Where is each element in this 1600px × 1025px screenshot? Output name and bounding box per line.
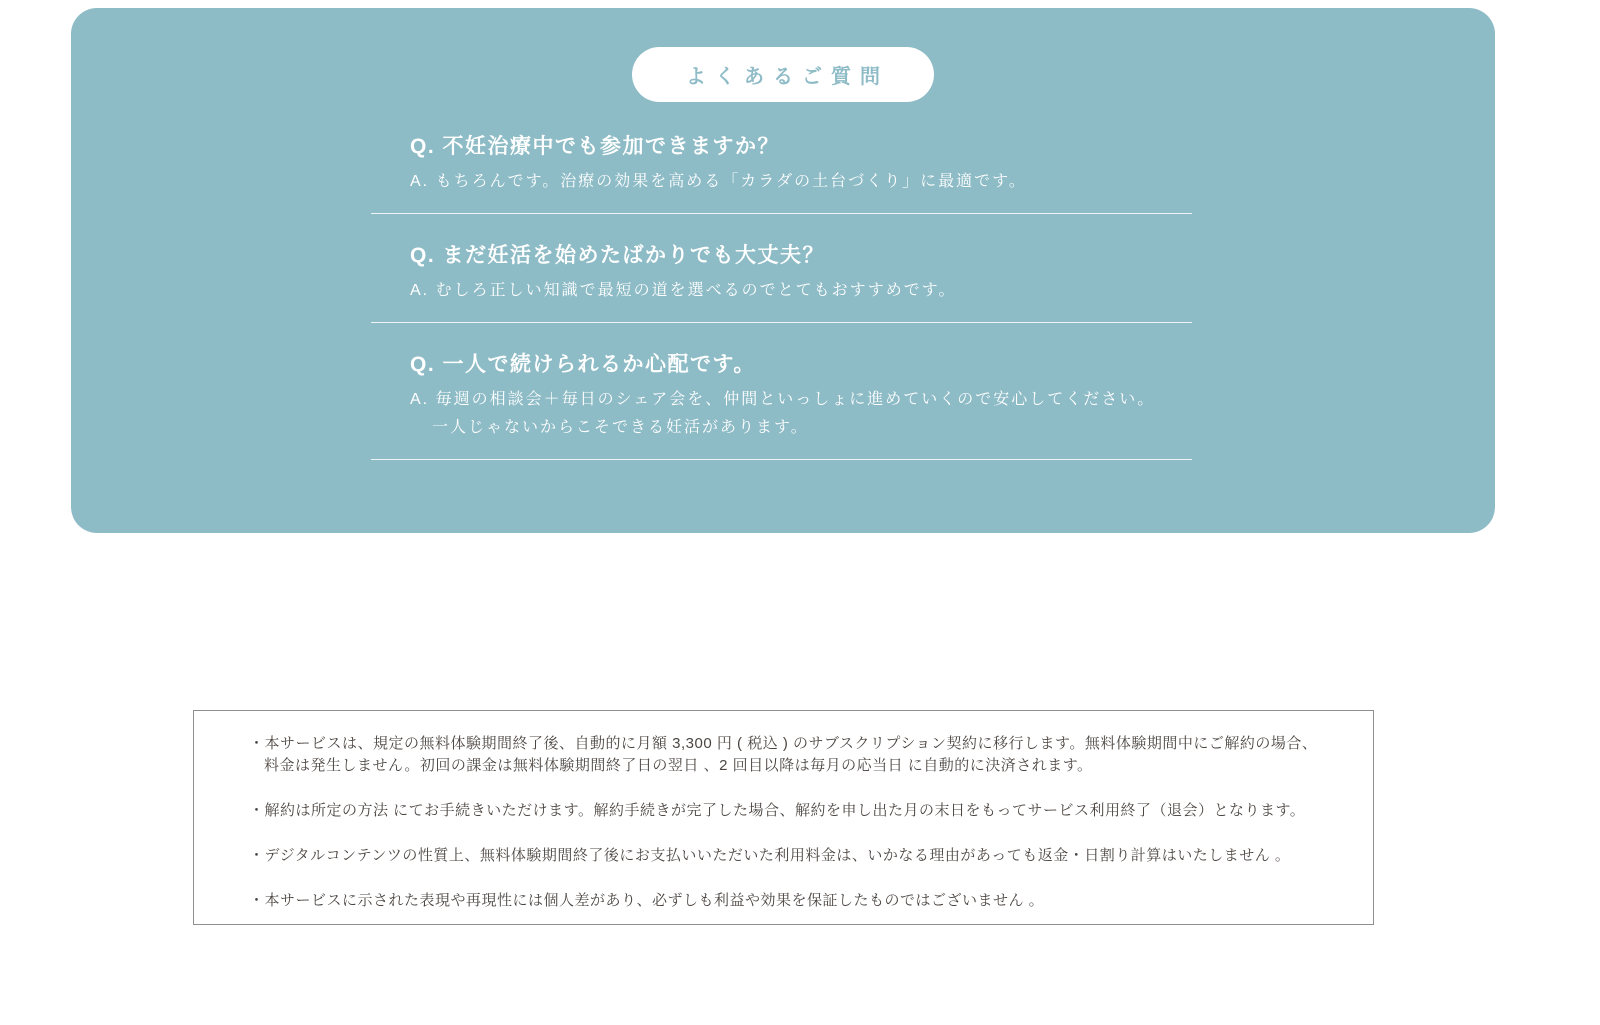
faq-answer-1: A. もちろんです。治療の効果を高める「カラダの土台づくり」に最適です。 <box>410 168 1192 196</box>
terms-item-cancellation: ・解約は所定の方法 にてお手続きいただけます。解約手続きが完了した場合、解約を申… <box>249 800 1318 822</box>
terms-item-no-guarantee: ・本サービスに示された表現や再現性には個人差があり、必ずしも利益や効果を保証した… <box>249 890 1318 912</box>
faq-answer-2: A. むしろ正しい知識で最短の道を選べるのでとてもおすすめです。 <box>410 277 1192 305</box>
faq-question-1: Q. 不妊治療中でも参加できますか？ <box>410 134 1192 160</box>
faq-answer-3-line-1: A. 毎週の相談会＋毎日のシェア会を、仲間といっしょに進めていくので安心してくだ… <box>432 386 1192 414</box>
terms-box: ・本サービスは、規定の無料体験期間終了後、自動的に月額 3,300 円 ( 税込… <box>193 710 1374 925</box>
terms-item-subscription: ・本サービスは、規定の無料体験期間終了後、自動的に月額 3,300 円 ( 税込… <box>249 733 1318 777</box>
faq-answer-3: A. 毎週の相談会＋毎日のシェア会を、仲間といっしょに進めていくので安心してくだ… <box>410 386 1192 442</box>
faq-section-badge: よくあるご質問 <box>632 47 934 102</box>
faq-section-title: よくあるご質問 <box>677 60 889 89</box>
faq-answer-3-line-2: 一人じゃないからこそできる妊活があります。 <box>432 414 1192 442</box>
page: よくあるご質問 Q. 不妊治療中でも参加できますか？ A. もちろんです。治療の… <box>0 0 1600 1025</box>
faq-list: Q. 不妊治療中でも参加できますか？ A. もちろんです。治療の効果を高める「カ… <box>371 105 1192 460</box>
faq-item-2: Q. まだ妊活を始めたばかりでも大丈夫？ A. むしろ正しい知識で最短の道を選べ… <box>371 214 1192 322</box>
faq-question-3: Q. 一人で続けられるか心配です。 <box>410 352 1192 378</box>
faq-divider <box>371 459 1192 460</box>
terms-item-no-refund: ・デジタルコンテンツの性質上、無料体験期間終了後にお支払いいただいた利用料金は、… <box>249 845 1318 867</box>
faq-item-1: Q. 不妊治療中でも参加できますか？ A. もちろんです。治療の効果を高める「カ… <box>371 105 1192 213</box>
faq-question-2: Q. まだ妊活を始めたばかりでも大丈夫？ <box>410 243 1192 269</box>
faq-section: よくあるご質問 Q. 不妊治療中でも参加できますか？ A. もちろんです。治療の… <box>71 8 1495 533</box>
faq-item-3: Q. 一人で続けられるか心配です。 A. 毎週の相談会＋毎日のシェア会を、仲間と… <box>371 323 1192 459</box>
